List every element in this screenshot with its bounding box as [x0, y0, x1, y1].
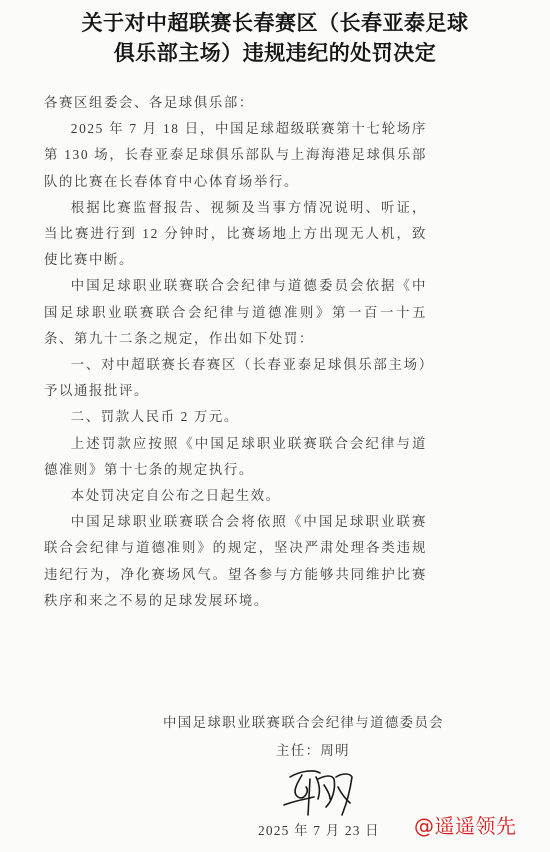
- document-body: 各赛区组委会、各足球俱乐部： 2025 年 7 月 18 日，中国足球超级联赛第…: [44, 90, 427, 614]
- signatory-director: 主任：周明: [276, 740, 350, 759]
- paragraph-penalty-2: 二、罚款人民币 2 万元。: [44, 404, 427, 430]
- document-date: 2025 年 7 月 23 日: [258, 820, 380, 839]
- handwritten-signature-icon: [280, 765, 360, 820]
- paragraph-basis: 中国足球职业联赛联合会纪律与道德委员会依据《中国足球职业联赛联合会纪律与道德准则…: [44, 273, 427, 352]
- watermark: @遥遥领先: [414, 810, 517, 839]
- document-title: 关于对中超联赛长春赛区（长春亚泰足球 俱乐部主场）违规违纪的处罚决定: [0, 8, 550, 68]
- paragraph-fine-execution: 上述罚款应按照《中国足球职业联赛联合会纪律与道德准则》第十七条的规定执行。: [44, 431, 427, 483]
- paragraph-match-info: 2025 年 7 月 18 日，中国足球超级联赛第十七轮场序第 130 场，长春…: [44, 116, 427, 195]
- salutation: 各赛区组委会、各足球俱乐部：: [44, 90, 427, 116]
- signatory-organization: 中国足球职业联赛联合会纪律与道德委员会: [163, 712, 444, 731]
- paragraph-penalty-1: 一、对中超联赛长春赛区（长春亚泰足球俱乐部主场）予以通报批评。: [44, 352, 427, 404]
- paragraph-effective: 本处罚决定自公布之日起生效。: [44, 483, 427, 509]
- paragraph-incident: 根据比赛监督报告、视频及当事方情况说明、听证，当比赛进行到 12 分钟时，比赛场…: [44, 195, 427, 274]
- title-line-1: 关于对中超联赛长春赛区（长春亚泰足球: [0, 8, 550, 38]
- title-line-2: 俱乐部主场）违规违纪的处罚决定: [0, 38, 550, 68]
- paragraph-closing: 中国足球职业联赛联合会将依照《中国足球职业联赛联合会纪律与道德准则》的规定，坚决…: [44, 509, 427, 614]
